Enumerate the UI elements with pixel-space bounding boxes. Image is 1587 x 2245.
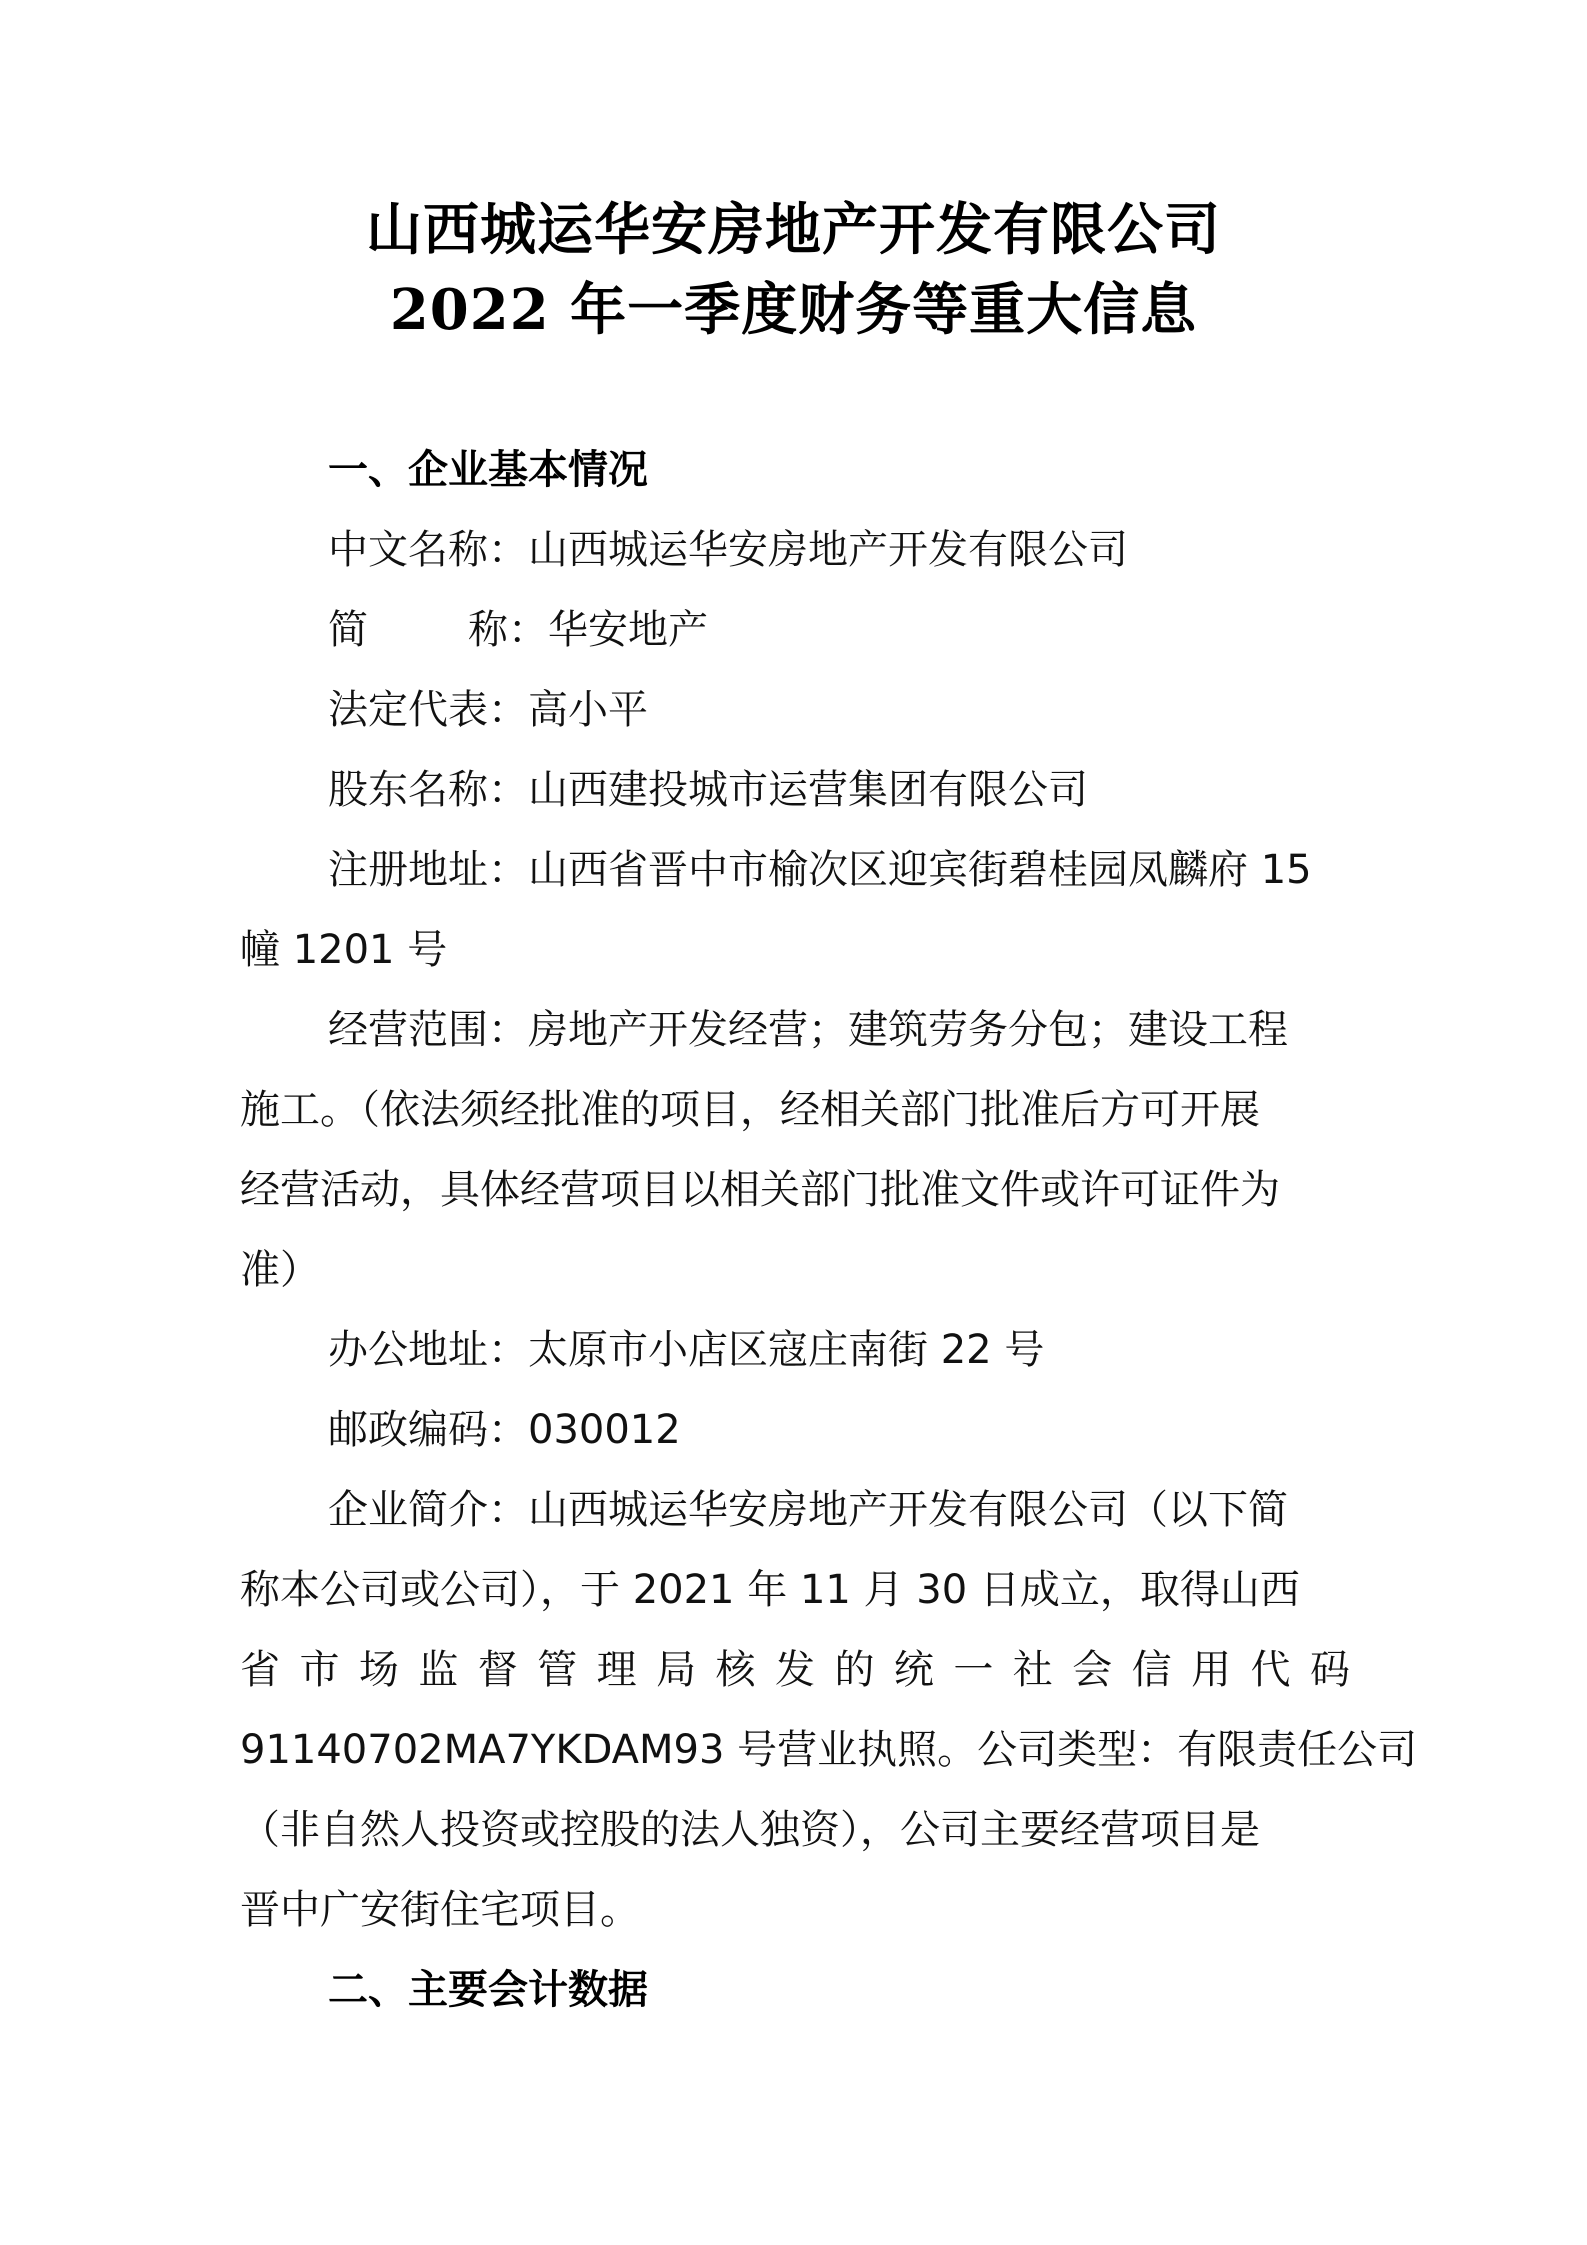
field-chinese-name: 中文名称：山西城运华安房地产开发有限公司 bbox=[328, 510, 1438, 590]
field-business-scope-cont-2: 经营活动，具体经营项目以相关部门批准文件或许可证件为 bbox=[240, 1150, 1350, 1230]
field-legal-representative: 法定代表：高小平 bbox=[328, 670, 1438, 750]
field-value: 山西城运华安房地产开发有限公司 bbox=[528, 527, 1128, 573]
field-label: 股东名称： bbox=[328, 767, 528, 813]
document-page: 山西城运华安房地产开发有限公司 2022 年一季度财务等重大信息 一、企业基本情… bbox=[0, 0, 1587, 2245]
field-value: 房地产开发经营；建筑劳务分包；建设工程 bbox=[528, 1007, 1288, 1053]
field-company-profile-cont-4: （非自然人投资或控股的法人独资），公司主要经营项目是 bbox=[240, 1790, 1350, 1870]
field-label: 企业简介： bbox=[328, 1487, 528, 1533]
field-value: 030012 bbox=[528, 1407, 681, 1453]
field-registered-address-cont: 幢 1201 号 bbox=[240, 910, 1350, 990]
field-business-scope-cont-3: 准） bbox=[240, 1230, 1350, 1310]
field-value: 华安地产 bbox=[548, 607, 708, 653]
document-title-line-2: 2022 年一季度财务等重大信息 bbox=[0, 270, 1587, 350]
field-shareholder: 股东名称：山西建投城市运营集团有限公司 bbox=[328, 750, 1438, 830]
field-business-scope-cont-1: 施工。（依法须经批准的项目，经相关部门批准后方可开展 bbox=[240, 1070, 1350, 1150]
field-value: 太原市小店区寇庄南街 22 号 bbox=[528, 1327, 1044, 1373]
field-company-profile: 企业简介：山西城运华安房地产开发有限公司（以下简 bbox=[328, 1470, 1350, 1550]
field-label: 注册地址： bbox=[328, 847, 528, 893]
document-title-line-1: 山西城运华安房地产开发有限公司 bbox=[0, 190, 1587, 270]
section-heading-basic-info: 一、企业基本情况 bbox=[328, 430, 1438, 510]
field-company-profile-cont-2: 省市场监督管理局核发的统一社会信用代码 bbox=[240, 1630, 1350, 1710]
field-value: 高小平 bbox=[528, 687, 648, 733]
field-label: 邮政编码： bbox=[328, 1407, 528, 1453]
field-label: 称： bbox=[468, 607, 548, 653]
field-business-scope: 经营范围：房地产开发经营；建筑劳务分包；建设工程 bbox=[328, 990, 1350, 1070]
field-company-profile-cont-3: 91140702MA7YKDAM93 号营业执照。公司类型：有限责任公司 bbox=[240, 1710, 1350, 1790]
field-registered-address: 注册地址：山西省晋中市榆次区迎宾街碧桂园凤麟府 15 bbox=[328, 830, 1350, 910]
field-label: 法定代表： bbox=[328, 687, 528, 733]
field-label: 办公地址： bbox=[328, 1327, 528, 1373]
section-heading-accounting-data: 二、主要会计数据 bbox=[328, 1950, 1438, 2030]
field-value: 山西城运华安房地产开发有限公司（以下简 bbox=[528, 1487, 1288, 1533]
field-label: 简 bbox=[328, 607, 368, 653]
field-label: 经营范围： bbox=[328, 1007, 528, 1053]
field-company-profile-cont-1: 称本公司或公司），于 2021 年 11 月 30 日成立，取得山西 bbox=[240, 1550, 1350, 1630]
field-value: 山西省晋中市榆次区迎宾街碧桂园凤麟府 15 bbox=[528, 847, 1312, 893]
field-value: 山西建投城市运营集团有限公司 bbox=[528, 767, 1088, 813]
field-postal-code: 邮政编码：030012 bbox=[328, 1390, 1438, 1470]
field-office-address: 办公地址：太原市小店区寇庄南街 22 号 bbox=[328, 1310, 1438, 1390]
field-company-profile-cont-5: 晋中广安街住宅项目。 bbox=[240, 1870, 1350, 1950]
field-short-name: 简称：华安地产 bbox=[328, 590, 1438, 670]
field-label: 中文名称： bbox=[328, 527, 528, 573]
